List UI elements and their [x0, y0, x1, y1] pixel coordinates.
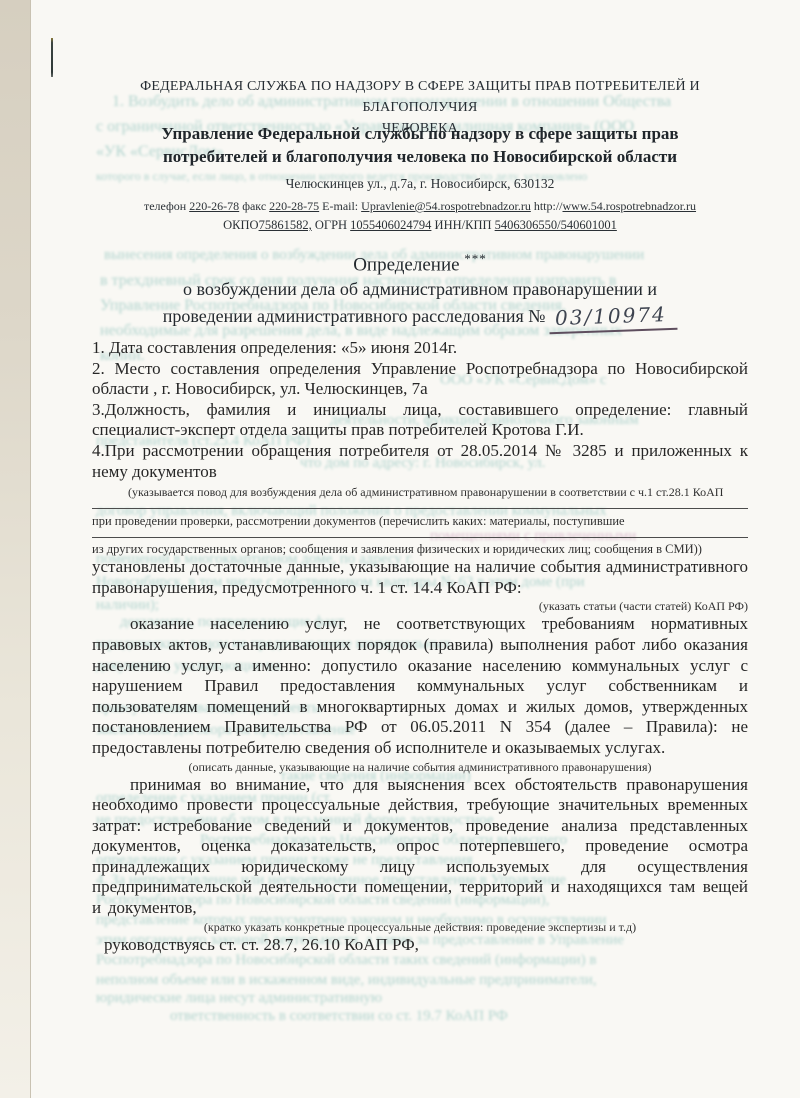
agency-name-line1: ФЕДЕРАЛЬНАЯ СЛУЖБА ПО НАДЗОРУ В СФЕРЕ ЗА… [92, 76, 748, 118]
phone-number: 220-26-78 [189, 199, 239, 213]
ogrn-value: 1055406024794 [350, 218, 431, 232]
item-place: 2. Место составления определения Управле… [92, 359, 748, 400]
okpo-value: 75861582, [259, 218, 312, 232]
footnote-reason: (указывается повод для возбуждения дела … [92, 485, 748, 500]
paragraph-considering: принимая во внимание, что для выяснения … [92, 775, 748, 919]
item-date: 1. Дата составления определения: «5» июн… [92, 338, 748, 359]
site-prefix: http:// [534, 199, 563, 213]
rule-line-2 [92, 537, 748, 538]
title-word: Определение [353, 254, 459, 275]
paragraph-established: установлены достаточные данные, указываю… [92, 557, 748, 598]
rule-line-1 [92, 508, 748, 509]
footnote-article: (указать статьи (части статей) КоАП РФ) [92, 599, 748, 614]
item-appeal: 4.При рассмотрении обращения потребителя… [92, 441, 748, 482]
office-name-line1: Управление Федеральной службы по надзору… [131, 122, 709, 145]
bleedthrough-line: неполном объеме или в искаженном виде, и… [96, 972, 597, 989]
fax-number: 220-28-75 [269, 199, 319, 213]
footnote-event: (описать данные, указывающие на наличие … [92, 760, 748, 775]
footnote-actions: (кратко указать конкретные процессуальны… [92, 920, 748, 935]
innkpp-value: 5406306550/540601001 [495, 218, 617, 232]
paragraph-guided-by: руководствуясь ст. ст. 28.7, 26.10 КоАП … [92, 935, 748, 956]
fax-label: факс [242, 199, 266, 213]
paragraph-violation: оказание населению услуг, не соответству… [92, 614, 748, 758]
case-number-handwritten: 03/10974 [549, 301, 678, 334]
contacts-line: телефон 220-26-78 факс 220-28-75 E-mail:… [92, 199, 748, 214]
office-address: Челюскинцев ул., д.7а, г. Новосибирск, 6… [92, 176, 748, 192]
registry-codes-line: ОКПО75861582, ОГРН 1055406024794 ИНН/КПП… [92, 218, 748, 233]
title-line2: о возбуждении дела об административном п… [92, 277, 748, 302]
title-line3: проведении административного расследован… [163, 306, 546, 326]
ogrn-label: ОГРН [315, 218, 347, 232]
scanned-page: 1. Возбудить дело об административном пр… [0, 0, 800, 1098]
office-name-line2: потребителей и благополучия человека по … [131, 145, 709, 168]
email-address: Upravlenie@54.rospotrebnadzor.ru [361, 199, 531, 213]
document-title: Определение *** о возбуждении дела об ад… [92, 246, 748, 331]
footnote-sources: из других государственных органов; сообщ… [92, 542, 748, 557]
innkpp-label: ИНН/КПП [435, 218, 492, 232]
office-name: Управление Федеральной службы по надзору… [92, 122, 748, 168]
bleedthrough-line: юридические лица несут административную [96, 990, 382, 1007]
phone-label: телефон [144, 199, 186, 213]
okpo-label: ОКПО [223, 218, 258, 232]
footnote-check: при проведении проверки, рассмотрении до… [92, 514, 748, 529]
bleedthrough-line: ответственность в соответствии со ст. 19… [170, 1008, 508, 1025]
document-body: 1. Дата составления определения: «5» июн… [92, 338, 748, 955]
website-url: www.54.rospotrebnadzor.ru [563, 199, 697, 213]
item-official: 3.Должность, фамилия и инициалы лица, со… [92, 400, 748, 441]
title-asterisks: *** [464, 251, 487, 266]
email-label: E-mail: [322, 199, 358, 213]
